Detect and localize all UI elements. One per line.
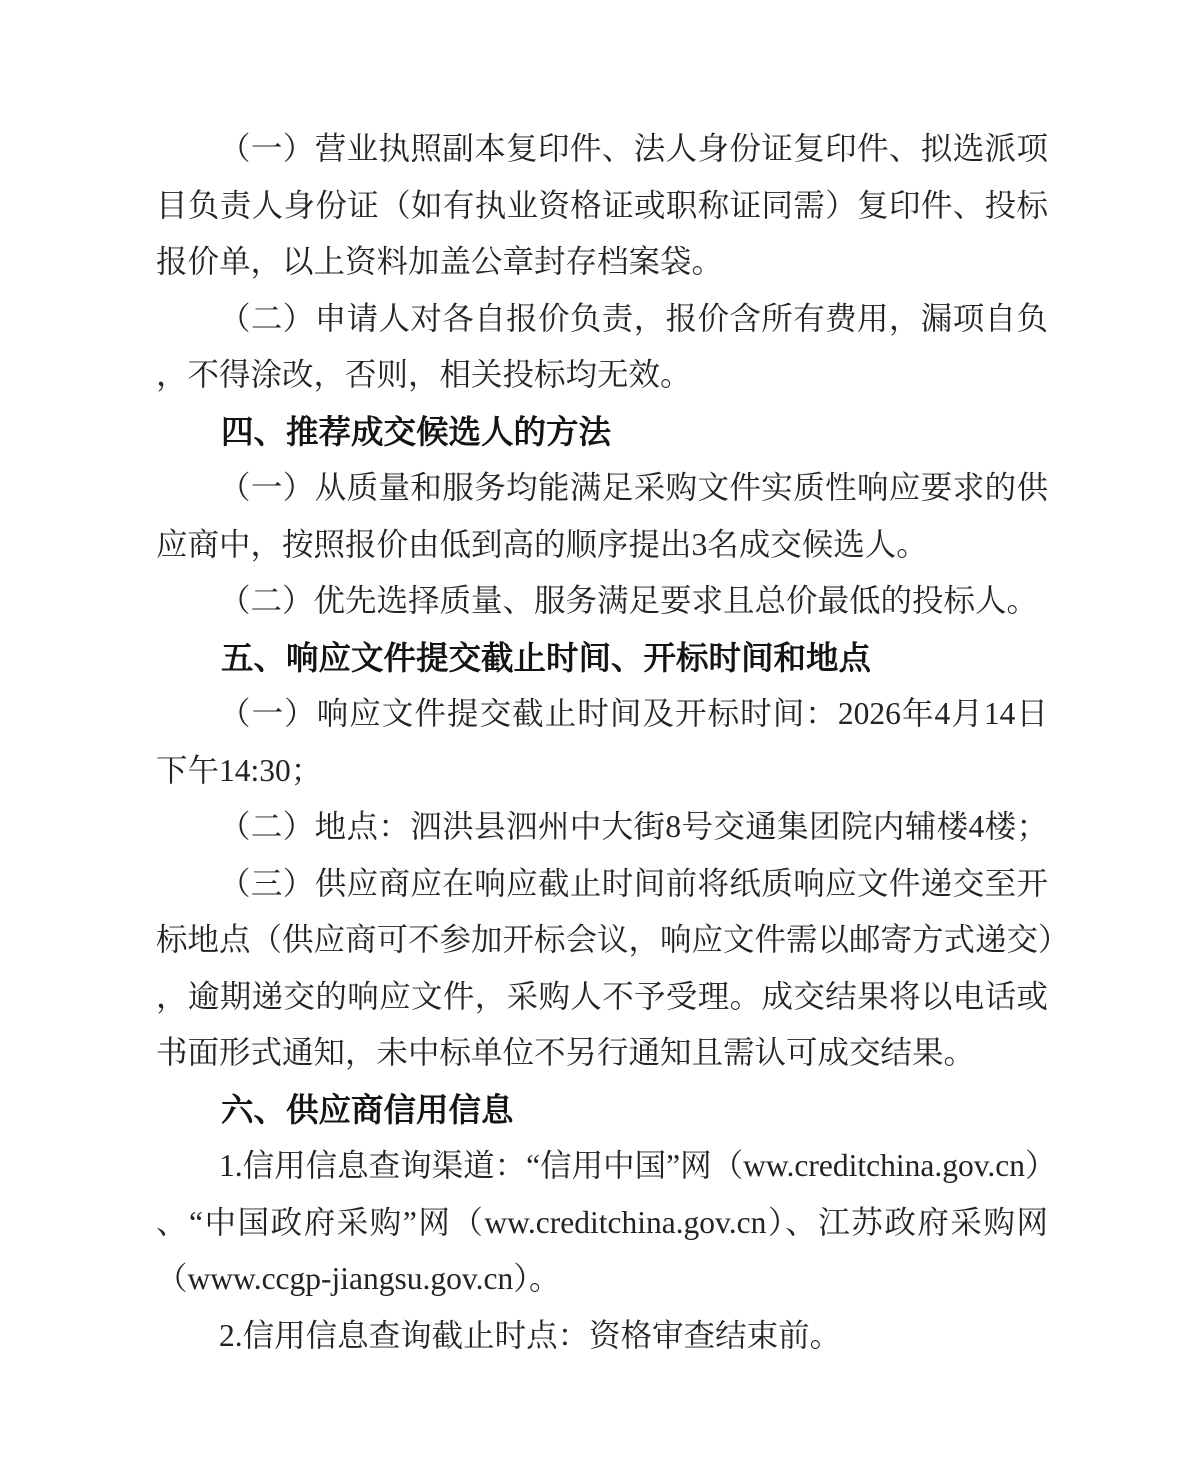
- section-5-heading: 五、响应文件提交截止时间、开标时间和地点: [156, 630, 1048, 687]
- clause-5-3-submission-line-4: 书面形式通知，未中标单位不另行通知且需认可成交结果。: [156, 1025, 1048, 1082]
- clause-4-2-lowest-price-line-1: （二）优先选择质量、服务满足要求且总价最低的投标人。: [156, 573, 1048, 630]
- clause-4-1-candidate-selection-line-1: （一）从质量和服务均能满足采购文件实质性响应要求的供: [156, 460, 1048, 517]
- document-content: （一）营业执照副本复印件、法人身份证复印件、拟选派项目负责人身份证（如有执业资格…: [156, 121, 1048, 1364]
- clause-5-3-submission-line-1: （三）供应商应在响应截止时间前将纸质响应文件递交至开: [156, 856, 1048, 913]
- clause-6-2-credit-deadline-line-1: 2.信用信息查询截止时点：资格审查结束前。: [156, 1308, 1048, 1365]
- clause-3-2-quote-responsibility-line-1: （二）申请人对各自报价负责，报价含所有费用，漏项自负: [156, 291, 1048, 348]
- section-4-heading: 四、推荐成交候选人的方法: [156, 404, 1048, 461]
- clause-5-1-deadline-line-2: 下午14:30；: [156, 743, 1048, 800]
- clause-5-3-submission-line-3: ，逾期递交的响应文件，采购人不予受理。成交结果将以电话或: [156, 969, 1048, 1026]
- clause-6-1-credit-channels-line-2: 、“中国政府采购”网（ww.creditchina.gov.cn）、江苏政府采购…: [156, 1195, 1048, 1252]
- clause-3-2-quote-responsibility-line-2: ，不得涂改，否则，相关投标均无效。: [156, 347, 1048, 404]
- clause-6-1-credit-channels-line-3: （www.ccgp-jiangsu.gov.cn）。: [156, 1251, 1048, 1308]
- clause-3-1-materials-line-3: 报价单，以上资料加盖公章封存档案袋。: [156, 234, 1048, 291]
- clause-5-2-location-line-1: （二）地点：泗洪县泗州中大街8号交通集团院内辅楼4楼；: [156, 799, 1048, 856]
- clause-4-1-candidate-selection-line-2: 应商中，按照报价由低到高的顺序提出3名成交候选人。: [156, 517, 1048, 574]
- clause-3-1-materials-line-1: （一）营业执照副本复印件、法人身份证复印件、拟选派项: [156, 121, 1048, 178]
- clause-5-1-deadline-line-1: （一）响应文件提交截止时间及开标时间：2026年4月14日: [156, 686, 1048, 743]
- clause-3-1-materials-line-2: 目负责人身份证（如有执业资格证或职称证同需）复印件、投标: [156, 178, 1048, 235]
- clause-6-1-credit-channels-line-1: 1.信用信息查询渠道：“信用中国”网（ww.creditchina.gov.cn…: [156, 1138, 1048, 1195]
- clause-5-3-submission-line-2: 标地点（供应商可不参加开标会议，响应文件需以邮寄方式递交）: [156, 912, 1048, 969]
- document-page: （一）营业执照副本复印件、法人身份证复印件、拟选派项目负责人身份证（如有执业资格…: [0, 0, 1200, 1480]
- section-6-heading: 六、供应商信用信息: [156, 1082, 1048, 1139]
